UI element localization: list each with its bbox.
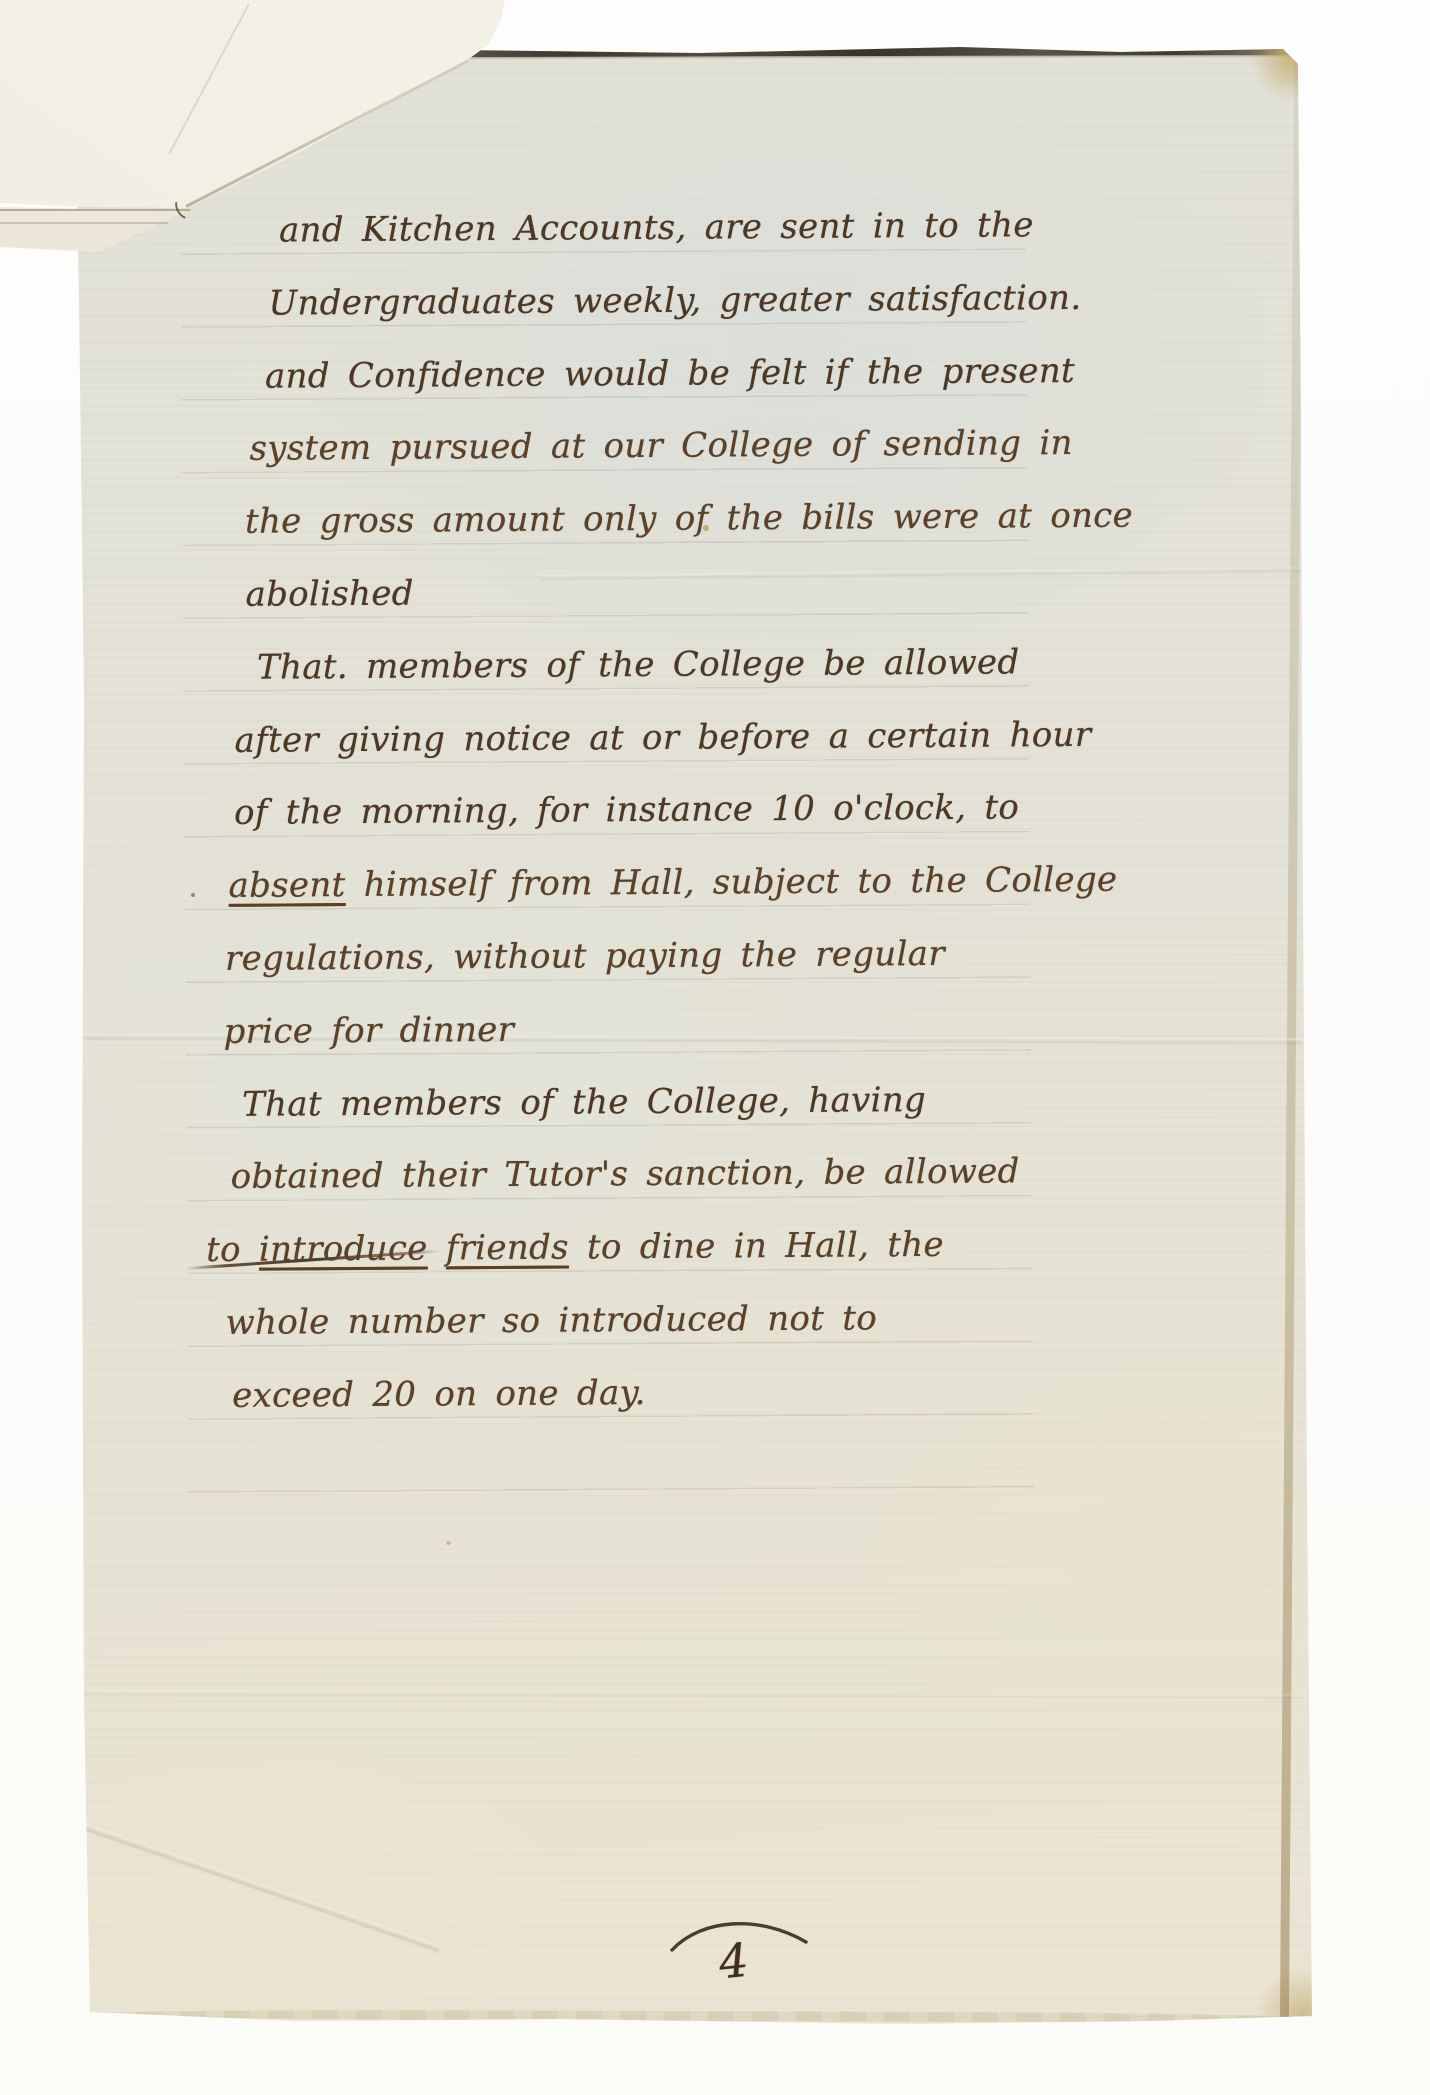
handwritten-line: That members of the College, having: [242, 1080, 926, 1125]
underlined-word: friends: [446, 1228, 569, 1269]
handwritten-line: to introduce friends to dine in Hall, th…: [206, 1225, 944, 1270]
handwritten-line: absent himself from Hall, subject to the…: [228, 860, 1117, 906]
manuscript-page: and Kitchen Accounts, are sent in to the…: [0, 0, 1430, 2095]
handwritten-line: regulations, without paying the regular: [225, 934, 945, 979]
folded-sheet-crease: [168, 3, 250, 154]
page-number: 4: [716, 1933, 751, 1990]
manuscript-text: and Kitchen Accounts, are sent in to the…: [0, 0, 1430, 2095]
handwritten-line: after giving notice at or before a certa…: [234, 715, 1091, 761]
handwritten-line: whole number so introduced not to: [226, 1298, 878, 1343]
page-number-block: 4: [664, 1912, 834, 2007]
underlined-word: introduce: [259, 1228, 428, 1269]
handwritten-line: price for dinner: [223, 1010, 514, 1052]
handwritten-line: and Confidence would be felt if the pres…: [265, 351, 1075, 397]
handwritten-line: That. members of the College be allowed: [257, 642, 1020, 687]
handwritten-line: obtained their Tutor's sanction, be allo…: [230, 1151, 1019, 1197]
handwritten-line: abolished: [245, 574, 413, 615]
document-scan: and Kitchen Accounts, are sent in to the…: [0, 0, 1430, 2095]
fold-edge-line: [0, 222, 168, 224]
underlined-word: absent: [228, 865, 345, 906]
handwritten-line: the gross amount only of the bills were …: [245, 496, 1133, 542]
handwritten-line: Undergraduates weekly, greater satisfact…: [268, 278, 1081, 324]
handwritten-line: exceed 20 on one day.: [232, 1373, 646, 1416]
handwritten-line: and Kitchen Accounts, are sent in to the: [279, 205, 1034, 250]
handwritten-line: system pursued at our College of sending…: [249, 423, 1072, 469]
handwritten-line: of the morning, for instance 10 o'clock,…: [234, 787, 1019, 832]
fold-edge-line: [0, 209, 190, 211]
